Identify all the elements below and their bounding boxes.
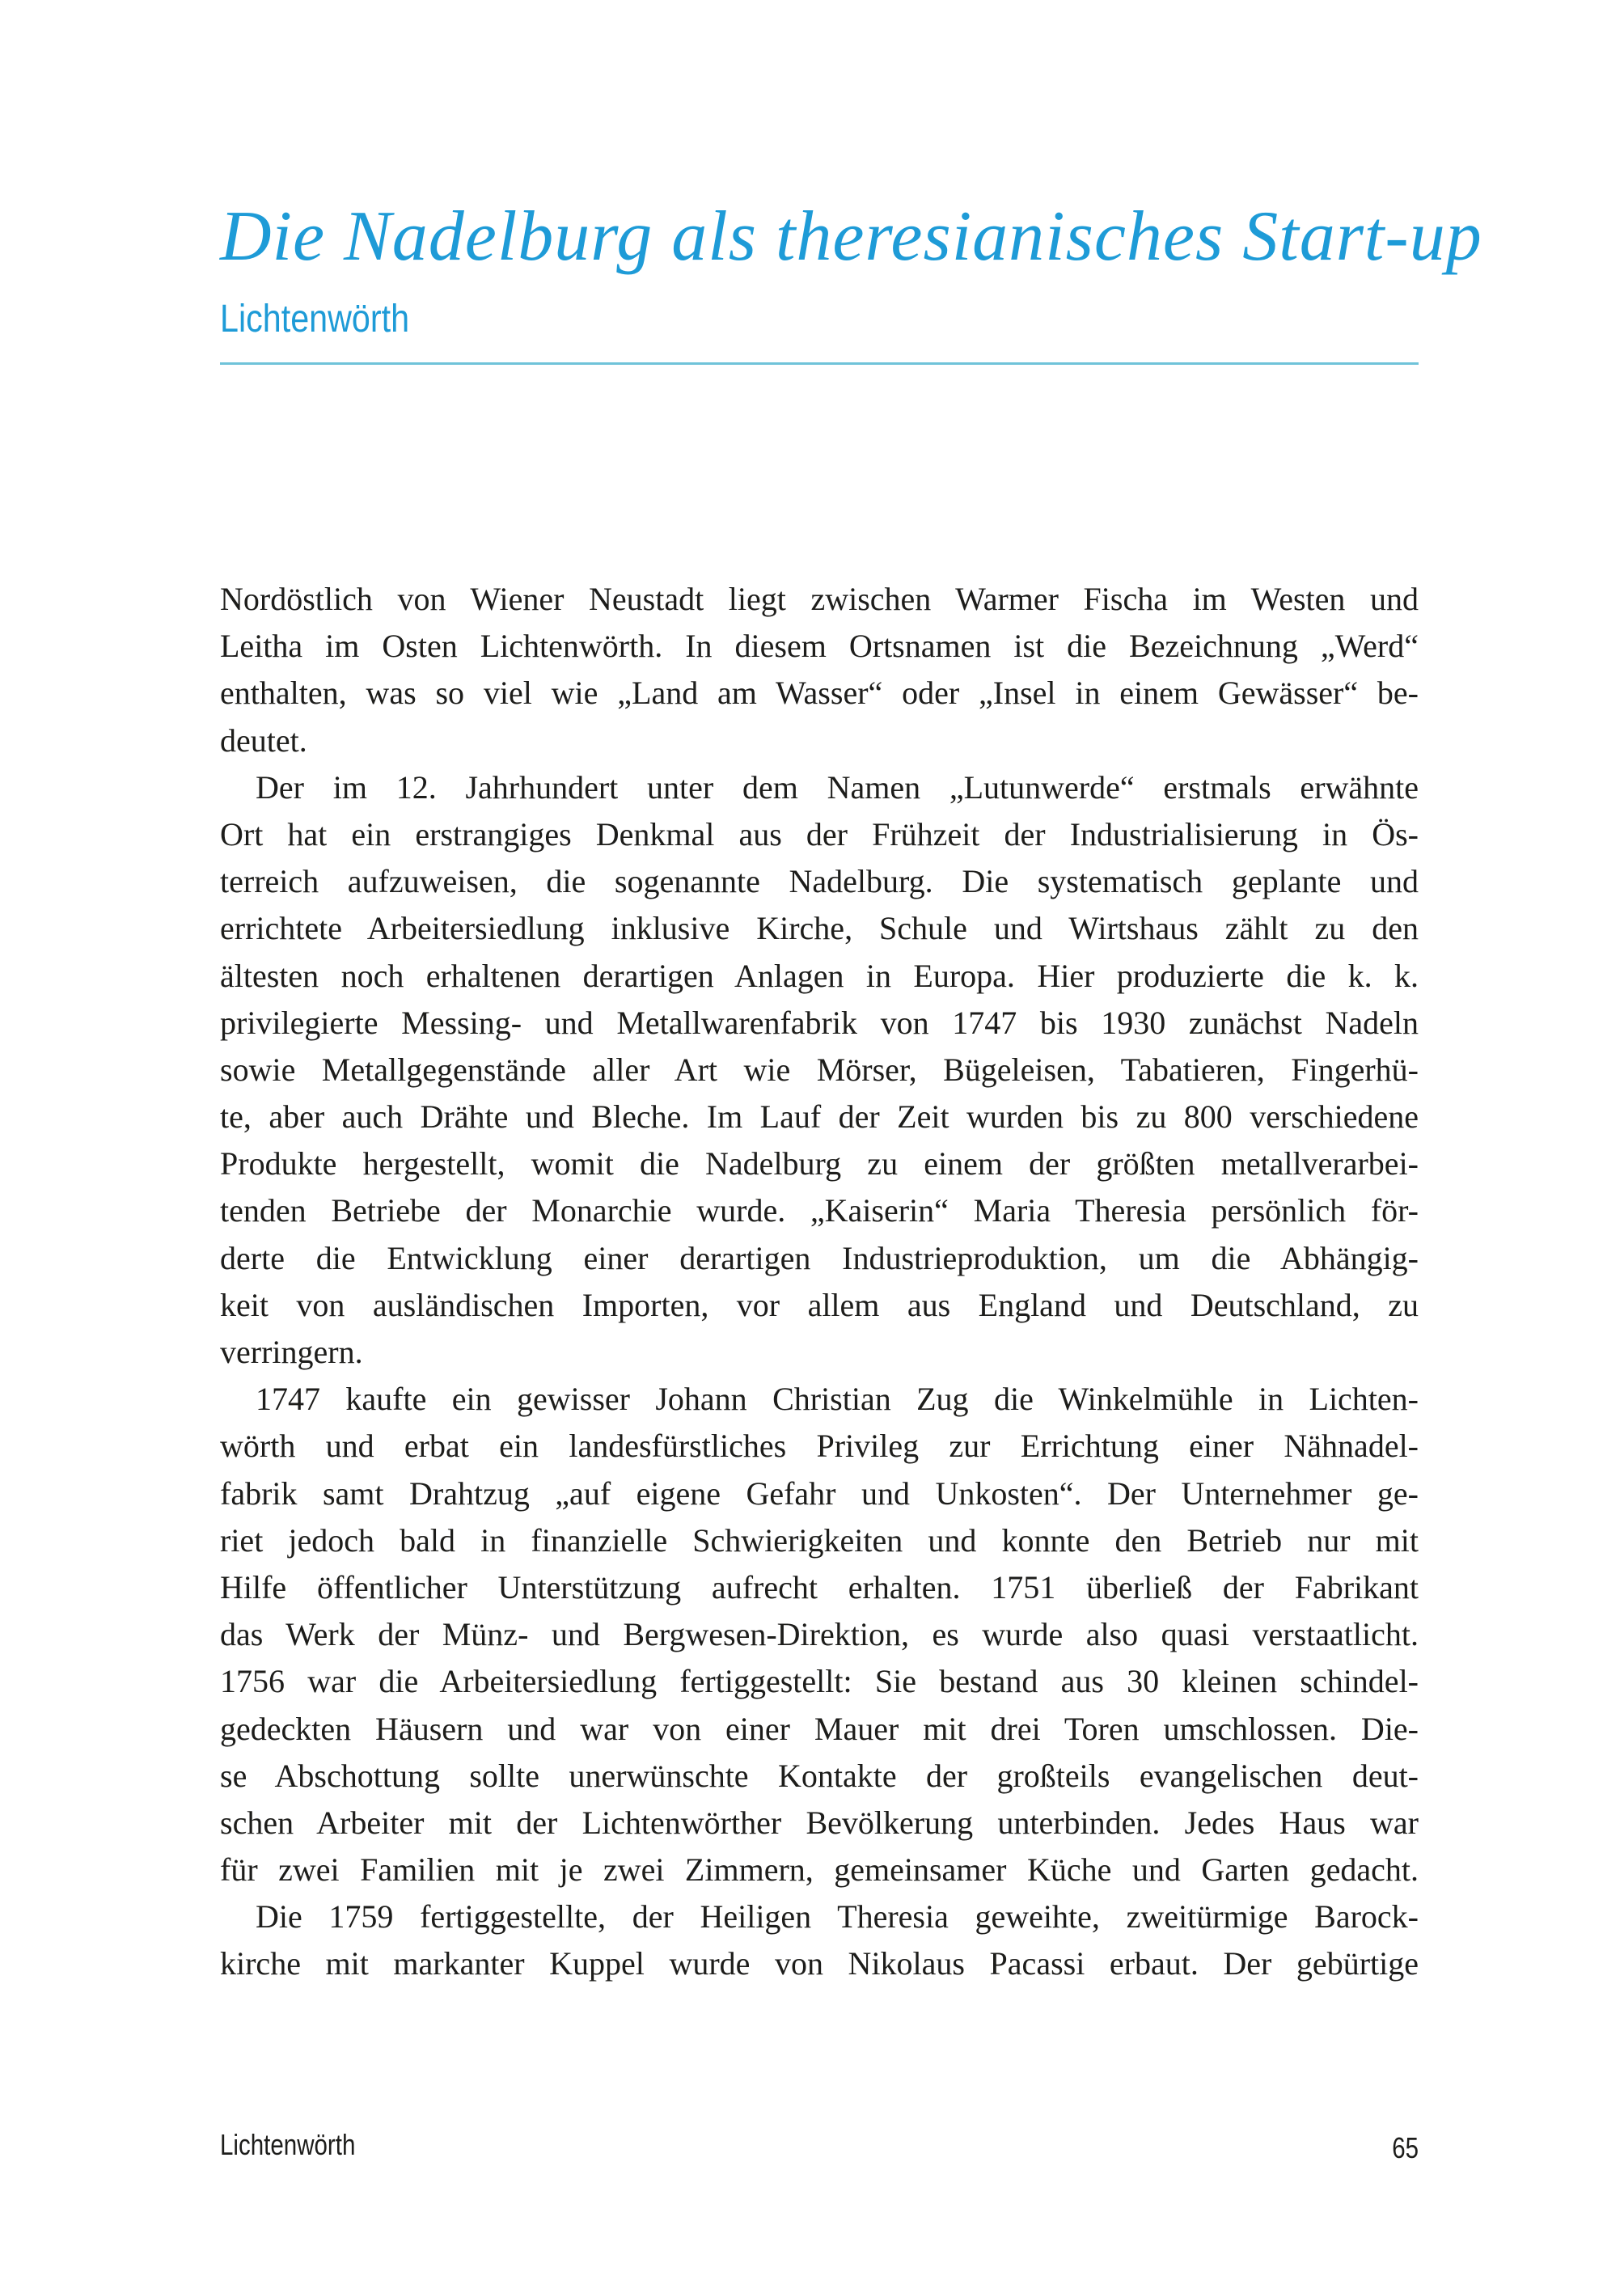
paragraph: Der im 12. Jahrhundert unter dem Namen „… <box>220 764 1419 1376</box>
text-line: Nordöstlich von Wiener Neustadt liegt zw… <box>220 576 1419 623</box>
text-line: sowie Metallgegenstände aller Art wie Mö… <box>220 1047 1419 1094</box>
text-line: deutet. <box>220 717 1419 764</box>
text-line: Ort hat ein erstrangiges Denkmal aus der… <box>220 811 1419 858</box>
paragraph: 1747 kaufte ein gewisser Johann Christia… <box>220 1376 1419 1893</box>
page-number: 65 <box>1392 2124 1419 2172</box>
text-line: für zwei Familien mit je zwei Zimmern, g… <box>220 1847 1419 1893</box>
text-line: das Werk der Münz- und Bergwesen-Direkti… <box>220 1611 1419 1658</box>
text-line: fabrik samt Drahtzug „auf eigene Gefahr … <box>220 1470 1419 1517</box>
text-line: schen Arbeiter mit der Lichtenwörther Be… <box>220 1800 1419 1847</box>
paragraph: Die 1759 fertiggestellte, der Heiligen T… <box>220 1893 1419 1987</box>
text-line: riet jedoch bald in finanzielle Schwieri… <box>220 1517 1419 1564</box>
text-line: Leitha im Osten Lichtenwörth. In diesem … <box>220 623 1419 670</box>
chapter-subtitle: Lichtenwörth <box>220 295 409 344</box>
page-footer: Lichtenwörth 65 <box>220 2121 1419 2169</box>
text-line: ältesten noch erhaltenen derartigen Anla… <box>220 953 1419 1000</box>
text-line: se Abschottung sollte unerwünschte Konta… <box>220 1753 1419 1800</box>
text-line: 1747 kaufte ein gewisser Johann Christia… <box>220 1376 1419 1423</box>
text-line: wörth und erbat ein landesfürstliches Pr… <box>220 1423 1419 1470</box>
text-line: errichtete Arbeitersiedlung inklusive Ki… <box>220 905 1419 952</box>
running-title: Lichtenwörth <box>220 2121 355 2169</box>
body-text: Nordöstlich von Wiener Neustadt liegt zw… <box>220 576 1419 1988</box>
text-line: Hilfe öffentlicher Unterstützung aufrech… <box>220 1564 1419 1611</box>
paragraph: Nordöstlich von Wiener Neustadt liegt zw… <box>220 576 1419 764</box>
text-line: keit von ausländischen Importen, vor all… <box>220 1282 1419 1329</box>
chapter-title: Die Nadelburg als theresianisches Start-… <box>220 192 1419 281</box>
text-line: Der im 12. Jahrhundert unter dem Namen „… <box>220 764 1419 811</box>
text-line: derte die Entwicklung einer derartigen I… <box>220 1235 1419 1282</box>
text-line: privilegierte Messing- und Metallwarenfa… <box>220 1000 1419 1047</box>
text-line: te, aber auch Drähte und Bleche. Im Lauf… <box>220 1094 1419 1140</box>
title-divider <box>220 362 1419 365</box>
text-line: Produkte hergestellt, womit die Nadelbur… <box>220 1140 1419 1187</box>
text-line: enthalten, was so viel wie „Land am Wass… <box>220 670 1419 717</box>
text-line: terreich aufzuweisen, die sogenannte Nad… <box>220 858 1419 905</box>
text-line: gedeckten Häusern und war von einer Maue… <box>220 1706 1419 1753</box>
text-line: kirche mit markanter Kuppel wurde von Ni… <box>220 1940 1419 1987</box>
text-line: Die 1759 fertiggestellte, der Heiligen T… <box>220 1893 1419 1940</box>
text-line: tenden Betriebe der Monarchie wurde. „Ka… <box>220 1187 1419 1234</box>
text-line: 1756 war die Arbeitersiedlung fertiggest… <box>220 1658 1419 1705</box>
text-line: verringern. <box>220 1329 1419 1376</box>
